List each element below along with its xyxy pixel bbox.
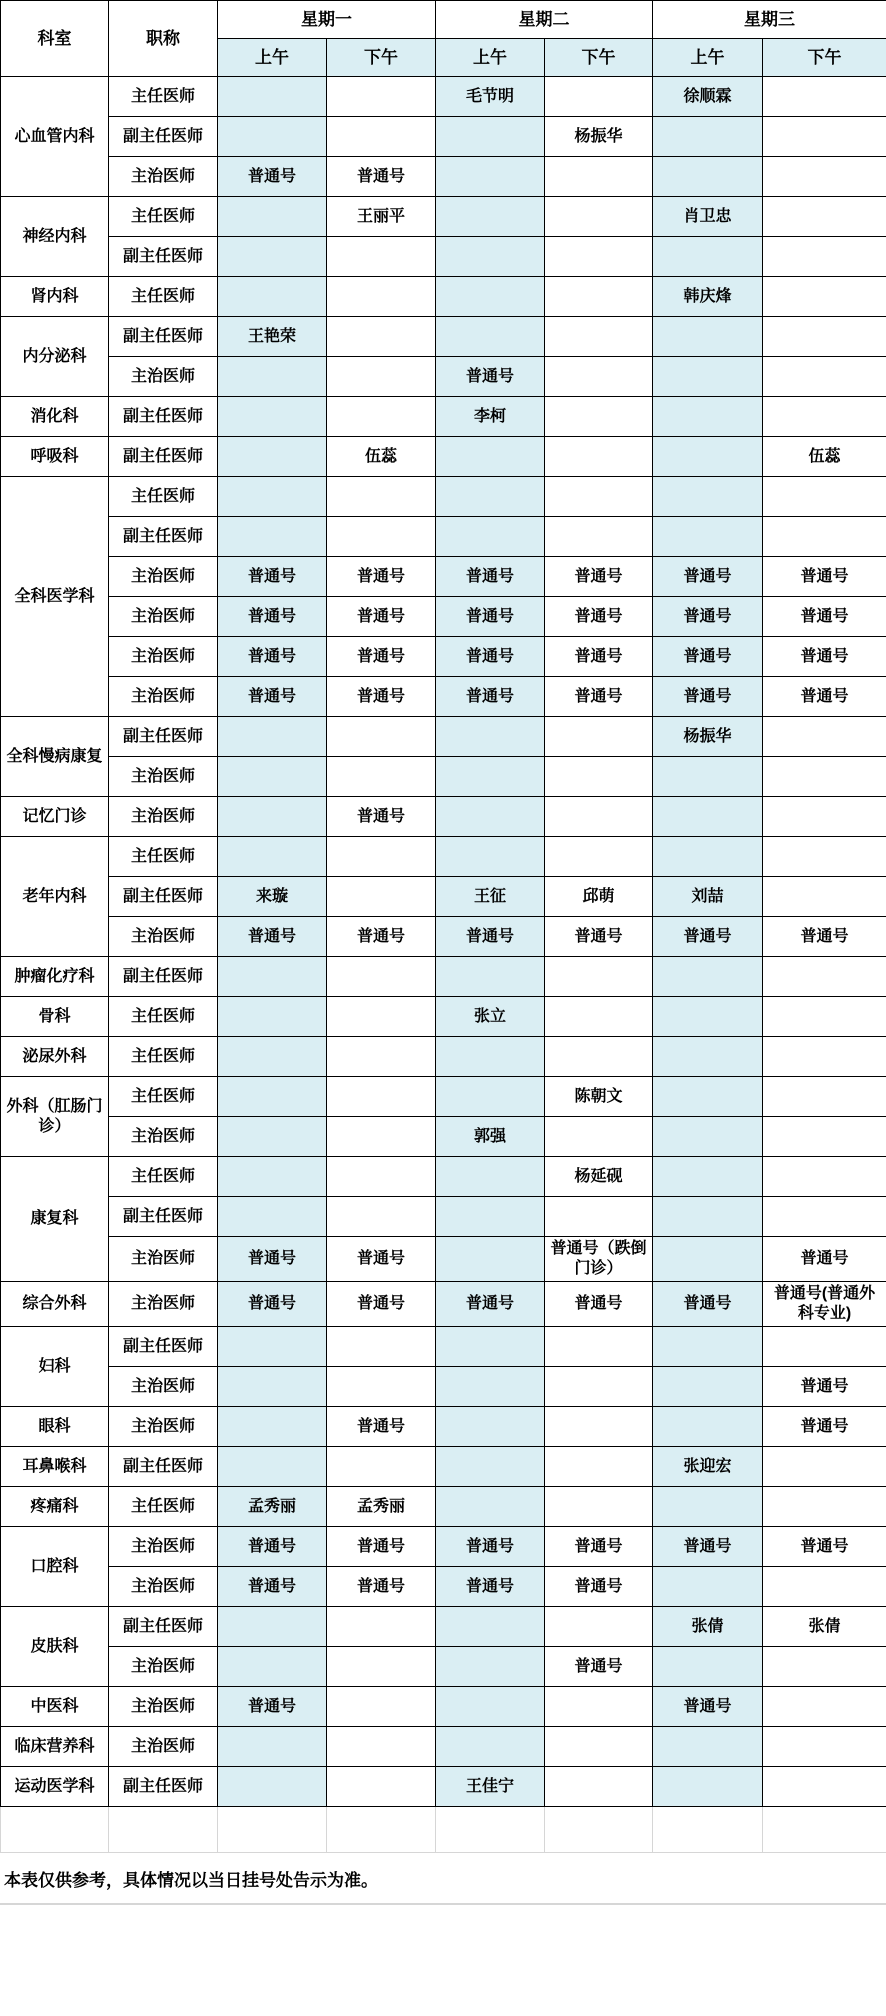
slot-cell	[545, 517, 653, 557]
slot-cell	[218, 357, 327, 397]
slot-cell	[653, 117, 763, 157]
slot-cell	[218, 1367, 327, 1407]
header-monday-pm: 下午	[327, 39, 436, 77]
slot-cell	[436, 1157, 545, 1197]
schedule-row: 副主任医师	[1, 1197, 886, 1237]
slot-cell: 普通号	[763, 677, 886, 717]
slot-cell	[653, 237, 763, 277]
rank-cell: 主任医师	[109, 477, 218, 517]
empty-cell	[109, 1807, 218, 1853]
slot-cell: 普通号	[327, 1567, 436, 1607]
slot-cell: 普通号	[436, 677, 545, 717]
slot-cell	[545, 157, 653, 197]
schedule-row: 主治医师普通号普通号普通号普通号普通号普通号	[1, 677, 886, 717]
department-cell: 消化科	[1, 397, 109, 437]
slot-cell	[545, 1447, 653, 1487]
rank-cell: 主治医师	[109, 1237, 218, 1282]
slot-cell	[545, 797, 653, 837]
slot-cell	[763, 1447, 886, 1487]
schedule-row: 呼吸科副主任医师伍蕊伍蕊	[1, 437, 886, 477]
slot-cell	[327, 317, 436, 357]
slot-cell	[218, 277, 327, 317]
slot-cell	[653, 1037, 763, 1077]
department-cell: 运动医学科	[1, 1767, 109, 1807]
slot-cell	[763, 1197, 886, 1237]
slot-cell: 杨振华	[545, 117, 653, 157]
slot-cell	[763, 1157, 886, 1197]
slot-cell	[327, 1367, 436, 1407]
slot-cell: 张迎宏	[653, 1447, 763, 1487]
slot-cell	[545, 317, 653, 357]
rank-cell: 副主任医师	[109, 1327, 218, 1367]
slot-cell	[545, 1197, 653, 1237]
slot-cell	[763, 397, 886, 437]
slot-cell	[327, 237, 436, 277]
department-cell: 骨科	[1, 997, 109, 1037]
slot-cell	[218, 197, 327, 237]
schedule-row: 主治医师郭强	[1, 1117, 886, 1157]
department-cell: 口腔科	[1, 1527, 109, 1607]
slot-cell	[436, 477, 545, 517]
rank-cell: 副主任医师	[109, 1607, 218, 1647]
schedule-row: 口腔科主治医师普通号普通号普通号普通号普通号普通号	[1, 1527, 886, 1567]
rank-cell: 主任医师	[109, 997, 218, 1037]
slot-cell	[763, 357, 886, 397]
slot-cell	[327, 117, 436, 157]
slot-cell: 王丽平	[327, 197, 436, 237]
slot-cell: 普通号	[218, 637, 327, 677]
department-cell: 眼科	[1, 1407, 109, 1447]
slot-cell: 普通号	[653, 1687, 763, 1727]
slot-cell	[763, 1077, 886, 1117]
slot-cell: 普通号	[545, 1282, 653, 1327]
rank-cell: 主任医师	[109, 1037, 218, 1077]
slot-cell	[218, 1767, 327, 1807]
slot-cell	[327, 1767, 436, 1807]
slot-cell: 普通号	[327, 677, 436, 717]
schedule-row: 副主任医师	[1, 517, 886, 557]
rank-cell: 主治医师	[109, 357, 218, 397]
slot-cell: 普通号	[218, 677, 327, 717]
slot-cell	[763, 77, 886, 117]
slot-cell	[436, 277, 545, 317]
department-cell: 肿瘤化疗科	[1, 957, 109, 997]
slot-cell	[653, 1767, 763, 1807]
schedule-row: 妇科副主任医师	[1, 1327, 886, 1367]
slot-cell	[545, 1327, 653, 1367]
slot-cell	[763, 237, 886, 277]
slot-cell: 普通号	[218, 1567, 327, 1607]
schedule-row: 副主任医师	[1, 237, 886, 277]
schedule-row: 记忆门诊主治医师普通号	[1, 797, 886, 837]
slot-cell: 普通号	[763, 597, 886, 637]
slot-cell	[545, 757, 653, 797]
slot-cell	[436, 237, 545, 277]
slot-cell: 普通号	[763, 1237, 886, 1282]
slot-cell: 肖卫忠	[653, 197, 763, 237]
slot-cell	[545, 1117, 653, 1157]
header-day-wednesday: 星期三	[653, 1, 886, 39]
slot-cell: 张立	[436, 997, 545, 1037]
slot-cell	[545, 197, 653, 237]
slot-cell	[327, 477, 436, 517]
slot-cell: 普通号	[763, 917, 886, 957]
slot-cell	[763, 477, 886, 517]
slot-cell	[653, 157, 763, 197]
slot-cell: 普通号	[327, 1237, 436, 1282]
empty-cell	[327, 1807, 436, 1853]
department-cell: 康复科	[1, 1157, 109, 1282]
slot-cell	[436, 1407, 545, 1447]
slot-cell	[763, 317, 886, 357]
schedule-row: 内分泌科副主任医师王艳荣	[1, 317, 886, 357]
slot-cell	[436, 117, 545, 157]
schedule-row: 副主任医师杨振华	[1, 117, 886, 157]
slot-cell	[653, 1487, 763, 1527]
slot-cell: 普通号（跌倒门诊）	[545, 1237, 653, 1282]
slot-cell: 王征	[436, 877, 545, 917]
slot-cell: 杨振华	[653, 717, 763, 757]
slot-cell	[218, 1117, 327, 1157]
header-monday-am: 上午	[218, 39, 327, 77]
slot-cell	[327, 1157, 436, 1197]
slot-cell	[653, 1157, 763, 1197]
schedule-row: 主治医师普通号	[1, 1647, 886, 1687]
slot-cell	[218, 757, 327, 797]
slot-cell	[653, 317, 763, 357]
slot-cell: 普通号	[763, 1527, 886, 1567]
slot-cell: 普通号	[763, 1367, 886, 1407]
rank-cell: 主治医师	[109, 557, 218, 597]
slot-cell	[327, 1077, 436, 1117]
header-wednesday-pm: 下午	[763, 39, 886, 77]
empty-row	[1, 1807, 886, 1853]
slot-cell	[545, 1407, 653, 1447]
slot-cell	[327, 517, 436, 557]
slot-cell	[436, 1197, 545, 1237]
slot-cell	[436, 437, 545, 477]
slot-cell: 普通号	[218, 557, 327, 597]
slot-cell	[545, 277, 653, 317]
slot-cell: 普通号	[436, 557, 545, 597]
rank-cell: 副主任医师	[109, 957, 218, 997]
slot-cell	[763, 957, 886, 997]
slot-cell: 郭强	[436, 1117, 545, 1157]
slot-cell	[436, 1487, 545, 1527]
schedule-row: 副主任医师来璇王征邱萌刘喆	[1, 877, 886, 917]
slot-cell	[763, 1037, 886, 1077]
slot-cell: 普通号	[327, 597, 436, 637]
slot-cell	[327, 717, 436, 757]
rank-cell: 主治医师	[109, 637, 218, 677]
slot-cell: 普通号	[545, 557, 653, 597]
slot-cell	[653, 1197, 763, 1237]
slot-cell: 普通号	[218, 597, 327, 637]
slot-cell	[218, 477, 327, 517]
empty-cell	[218, 1807, 327, 1853]
slot-cell	[763, 997, 886, 1037]
slot-cell: 普通号	[653, 557, 763, 597]
slot-cell: 普通号	[653, 1527, 763, 1567]
slot-cell: 伍蕊	[327, 437, 436, 477]
header-rank: 职称	[109, 1, 218, 77]
slot-cell	[327, 1687, 436, 1727]
slot-cell	[653, 477, 763, 517]
slot-cell	[436, 517, 545, 557]
slot-cell	[436, 1327, 545, 1367]
slot-cell	[763, 1647, 886, 1687]
header-tuesday-pm: 下午	[545, 39, 653, 77]
slot-cell	[218, 1607, 327, 1647]
slot-cell	[763, 197, 886, 237]
empty-cell	[545, 1807, 653, 1853]
schedule-row: 心血管内科主任医师毛节明徐顺霖	[1, 77, 886, 117]
rank-cell: 主治医师	[109, 917, 218, 957]
rank-cell: 副主任医师	[109, 237, 218, 277]
slot-cell	[763, 277, 886, 317]
schedule-body: 心血管内科主任医师毛节明徐顺霖副主任医师杨振华主治医师普通号普通号神经内科主任医…	[1, 77, 886, 1853]
department-cell: 呼吸科	[1, 437, 109, 477]
slot-cell	[327, 957, 436, 997]
slot-cell: 普通号	[327, 637, 436, 677]
schedule-row: 主治医师普通号普通号	[1, 157, 886, 197]
slot-cell: 普通号	[763, 637, 886, 677]
slot-cell	[545, 357, 653, 397]
slot-cell	[327, 1197, 436, 1237]
department-cell: 心血管内科	[1, 77, 109, 197]
rank-cell: 副主任医师	[109, 877, 218, 917]
slot-cell	[545, 437, 653, 477]
rank-cell: 主治医师	[109, 597, 218, 637]
rank-cell: 主治医师	[109, 1407, 218, 1447]
department-cell: 全科医学科	[1, 477, 109, 717]
slot-cell	[436, 837, 545, 877]
schedule-row: 主治医师普通号普通号普通号普通号普通号普通号	[1, 917, 886, 957]
slot-cell: 邱萌	[545, 877, 653, 917]
slot-cell	[545, 1767, 653, 1807]
rank-cell: 副主任医师	[109, 437, 218, 477]
slot-cell	[653, 1367, 763, 1407]
slot-cell: 普通号	[327, 557, 436, 597]
slot-cell: 普通号	[436, 597, 545, 637]
slot-cell	[218, 717, 327, 757]
schedule-row: 消化科副主任医师李柯	[1, 397, 886, 437]
schedule-row: 耳鼻喉科副主任医师张迎宏	[1, 1447, 886, 1487]
rank-cell: 副主任医师	[109, 1197, 218, 1237]
slot-cell: 刘喆	[653, 877, 763, 917]
slot-cell	[653, 1117, 763, 1157]
slot-cell	[327, 1447, 436, 1487]
rank-cell: 主治医师	[109, 1647, 218, 1687]
slot-cell	[218, 117, 327, 157]
slot-cell: 普通号	[653, 637, 763, 677]
schedule-row: 主治医师普通号普通号普通号（跌倒门诊）普通号	[1, 1237, 886, 1282]
schedule-row: 康复科主任医师杨延砚	[1, 1157, 886, 1197]
rank-cell: 主治医师	[109, 1527, 218, 1567]
slot-cell	[218, 957, 327, 997]
slot-cell: 普通号	[218, 1527, 327, 1567]
rank-cell: 主治医师	[109, 1367, 218, 1407]
slot-cell	[327, 1607, 436, 1647]
slot-cell: 普通号	[218, 1282, 327, 1327]
slot-cell	[218, 837, 327, 877]
slot-cell	[218, 1647, 327, 1687]
slot-cell	[327, 1117, 436, 1157]
schedule-table: 科室 职称 星期一 星期二 星期三 上午 下午 上午 下午 上午 下午 心血管内…	[0, 0, 886, 1853]
slot-cell: 普通号	[436, 1282, 545, 1327]
department-cell: 综合外科	[1, 1282, 109, 1327]
slot-cell	[436, 1447, 545, 1487]
department-cell: 临床营养科	[1, 1727, 109, 1767]
slot-cell	[218, 1157, 327, 1197]
slot-cell	[653, 837, 763, 877]
department-cell: 老年内科	[1, 837, 109, 957]
slot-cell	[653, 797, 763, 837]
slot-cell: 普通号	[545, 917, 653, 957]
slot-cell	[763, 1727, 886, 1767]
rank-cell: 副主任医师	[109, 717, 218, 757]
footer-note: 本表仅供参考，具体情况以当日挂号处告示为准。	[0, 1853, 886, 1905]
slot-cell: 普通号	[545, 597, 653, 637]
slot-cell	[763, 837, 886, 877]
rank-cell: 副主任医师	[109, 1447, 218, 1487]
slot-cell	[763, 797, 886, 837]
schedule-header: 科室 职称 星期一 星期二 星期三 上午 下午 上午 下午 上午 下午	[1, 1, 886, 77]
slot-cell	[545, 1037, 653, 1077]
slot-cell	[218, 1077, 327, 1117]
slot-cell	[436, 317, 545, 357]
slot-cell	[545, 1727, 653, 1767]
slot-cell: 张倩	[763, 1607, 886, 1647]
schedule-row: 全科慢病康复副主任医师杨振华	[1, 717, 886, 757]
rank-cell: 主治医师	[109, 1117, 218, 1157]
slot-cell	[653, 757, 763, 797]
slot-cell	[327, 837, 436, 877]
slot-cell: 韩庆烽	[653, 277, 763, 317]
slot-cell: 普通号	[763, 557, 886, 597]
slot-cell	[545, 1487, 653, 1527]
slot-cell	[763, 877, 886, 917]
slot-cell	[327, 1327, 436, 1367]
slot-cell: 普通号	[653, 1282, 763, 1327]
slot-cell	[545, 237, 653, 277]
slot-cell	[218, 397, 327, 437]
slot-cell	[327, 77, 436, 117]
slot-cell	[545, 957, 653, 997]
slot-cell	[545, 837, 653, 877]
rank-cell: 副主任医师	[109, 317, 218, 357]
slot-cell	[763, 117, 886, 157]
rank-cell: 主治医师	[109, 157, 218, 197]
empty-cell	[1, 1807, 109, 1853]
rank-cell: 主治医师	[109, 1687, 218, 1727]
schedule-row: 主治医师普通号普通号普通号普通号普通号普通号	[1, 557, 886, 597]
slot-cell	[327, 357, 436, 397]
schedule-row: 肾内科主任医师韩庆烽	[1, 277, 886, 317]
slot-cell	[653, 517, 763, 557]
rank-cell: 主治医师	[109, 1727, 218, 1767]
slot-cell	[436, 1727, 545, 1767]
rank-cell: 主任医师	[109, 277, 218, 317]
slot-cell: 普通号	[327, 917, 436, 957]
slot-cell	[545, 1367, 653, 1407]
slot-cell	[436, 1607, 545, 1647]
schedule-row: 皮肤科副主任医师张倩张倩	[1, 1607, 886, 1647]
slot-cell: 普通号	[218, 1237, 327, 1282]
slot-cell	[545, 397, 653, 437]
rank-cell: 主治医师	[109, 757, 218, 797]
slot-cell: 普通号	[327, 1282, 436, 1327]
slot-cell: 普通号	[436, 1527, 545, 1567]
slot-cell	[545, 1687, 653, 1727]
rank-cell: 副主任医师	[109, 1767, 218, 1807]
slot-cell	[763, 157, 886, 197]
slot-cell: 普通号(普通外科专业)	[763, 1282, 886, 1327]
slot-cell	[653, 397, 763, 437]
slot-cell	[545, 477, 653, 517]
rank-cell: 主任医师	[109, 1487, 218, 1527]
slot-cell	[763, 1687, 886, 1727]
slot-cell	[218, 1327, 327, 1367]
slot-cell: 毛节明	[436, 77, 545, 117]
header-day-tuesday: 星期二	[436, 1, 653, 39]
schedule-row: 老年内科主任医师	[1, 837, 886, 877]
slot-cell	[436, 1037, 545, 1077]
slot-cell	[327, 757, 436, 797]
slot-cell	[653, 1327, 763, 1367]
slot-cell: 徐顺霖	[653, 77, 763, 117]
slot-cell	[218, 1407, 327, 1447]
slot-cell	[218, 77, 327, 117]
slot-cell: 来璇	[218, 877, 327, 917]
slot-cell	[763, 1487, 886, 1527]
rank-cell: 副主任医师	[109, 397, 218, 437]
department-cell: 皮肤科	[1, 1607, 109, 1687]
slot-cell	[653, 1567, 763, 1607]
slot-cell: 普通号	[545, 1567, 653, 1607]
slot-cell: 孟秀丽	[218, 1487, 327, 1527]
slot-cell: 陈朝文	[545, 1077, 653, 1117]
slot-cell	[218, 237, 327, 277]
department-cell: 内分泌科	[1, 317, 109, 397]
slot-cell	[545, 717, 653, 757]
slot-cell: 王艳荣	[218, 317, 327, 357]
slot-cell: 张倩	[653, 1607, 763, 1647]
slot-cell	[763, 1117, 886, 1157]
rank-cell: 副主任医师	[109, 117, 218, 157]
schedule-row: 肿瘤化疗科副主任医师	[1, 957, 886, 997]
department-cell: 神经内科	[1, 197, 109, 277]
slot-cell	[436, 1687, 545, 1727]
slot-cell: 普通号	[218, 917, 327, 957]
slot-cell	[436, 1647, 545, 1687]
schedule-row: 主治医师普通号普通号普通号普通号普通号普通号	[1, 637, 886, 677]
empty-cell	[763, 1807, 886, 1853]
slot-cell	[653, 1407, 763, 1447]
header-tuesday-am: 上午	[436, 39, 545, 77]
slot-cell: 普通号	[327, 1527, 436, 1567]
rank-cell: 主治医师	[109, 677, 218, 717]
slot-cell	[653, 357, 763, 397]
slot-cell: 普通号	[436, 1567, 545, 1607]
slot-cell	[436, 1077, 545, 1117]
slot-cell	[436, 797, 545, 837]
slot-cell	[436, 157, 545, 197]
slot-cell	[218, 1727, 327, 1767]
rank-cell: 主任医师	[109, 1157, 218, 1197]
slot-cell	[327, 997, 436, 1037]
slot-cell: 普通号	[218, 157, 327, 197]
